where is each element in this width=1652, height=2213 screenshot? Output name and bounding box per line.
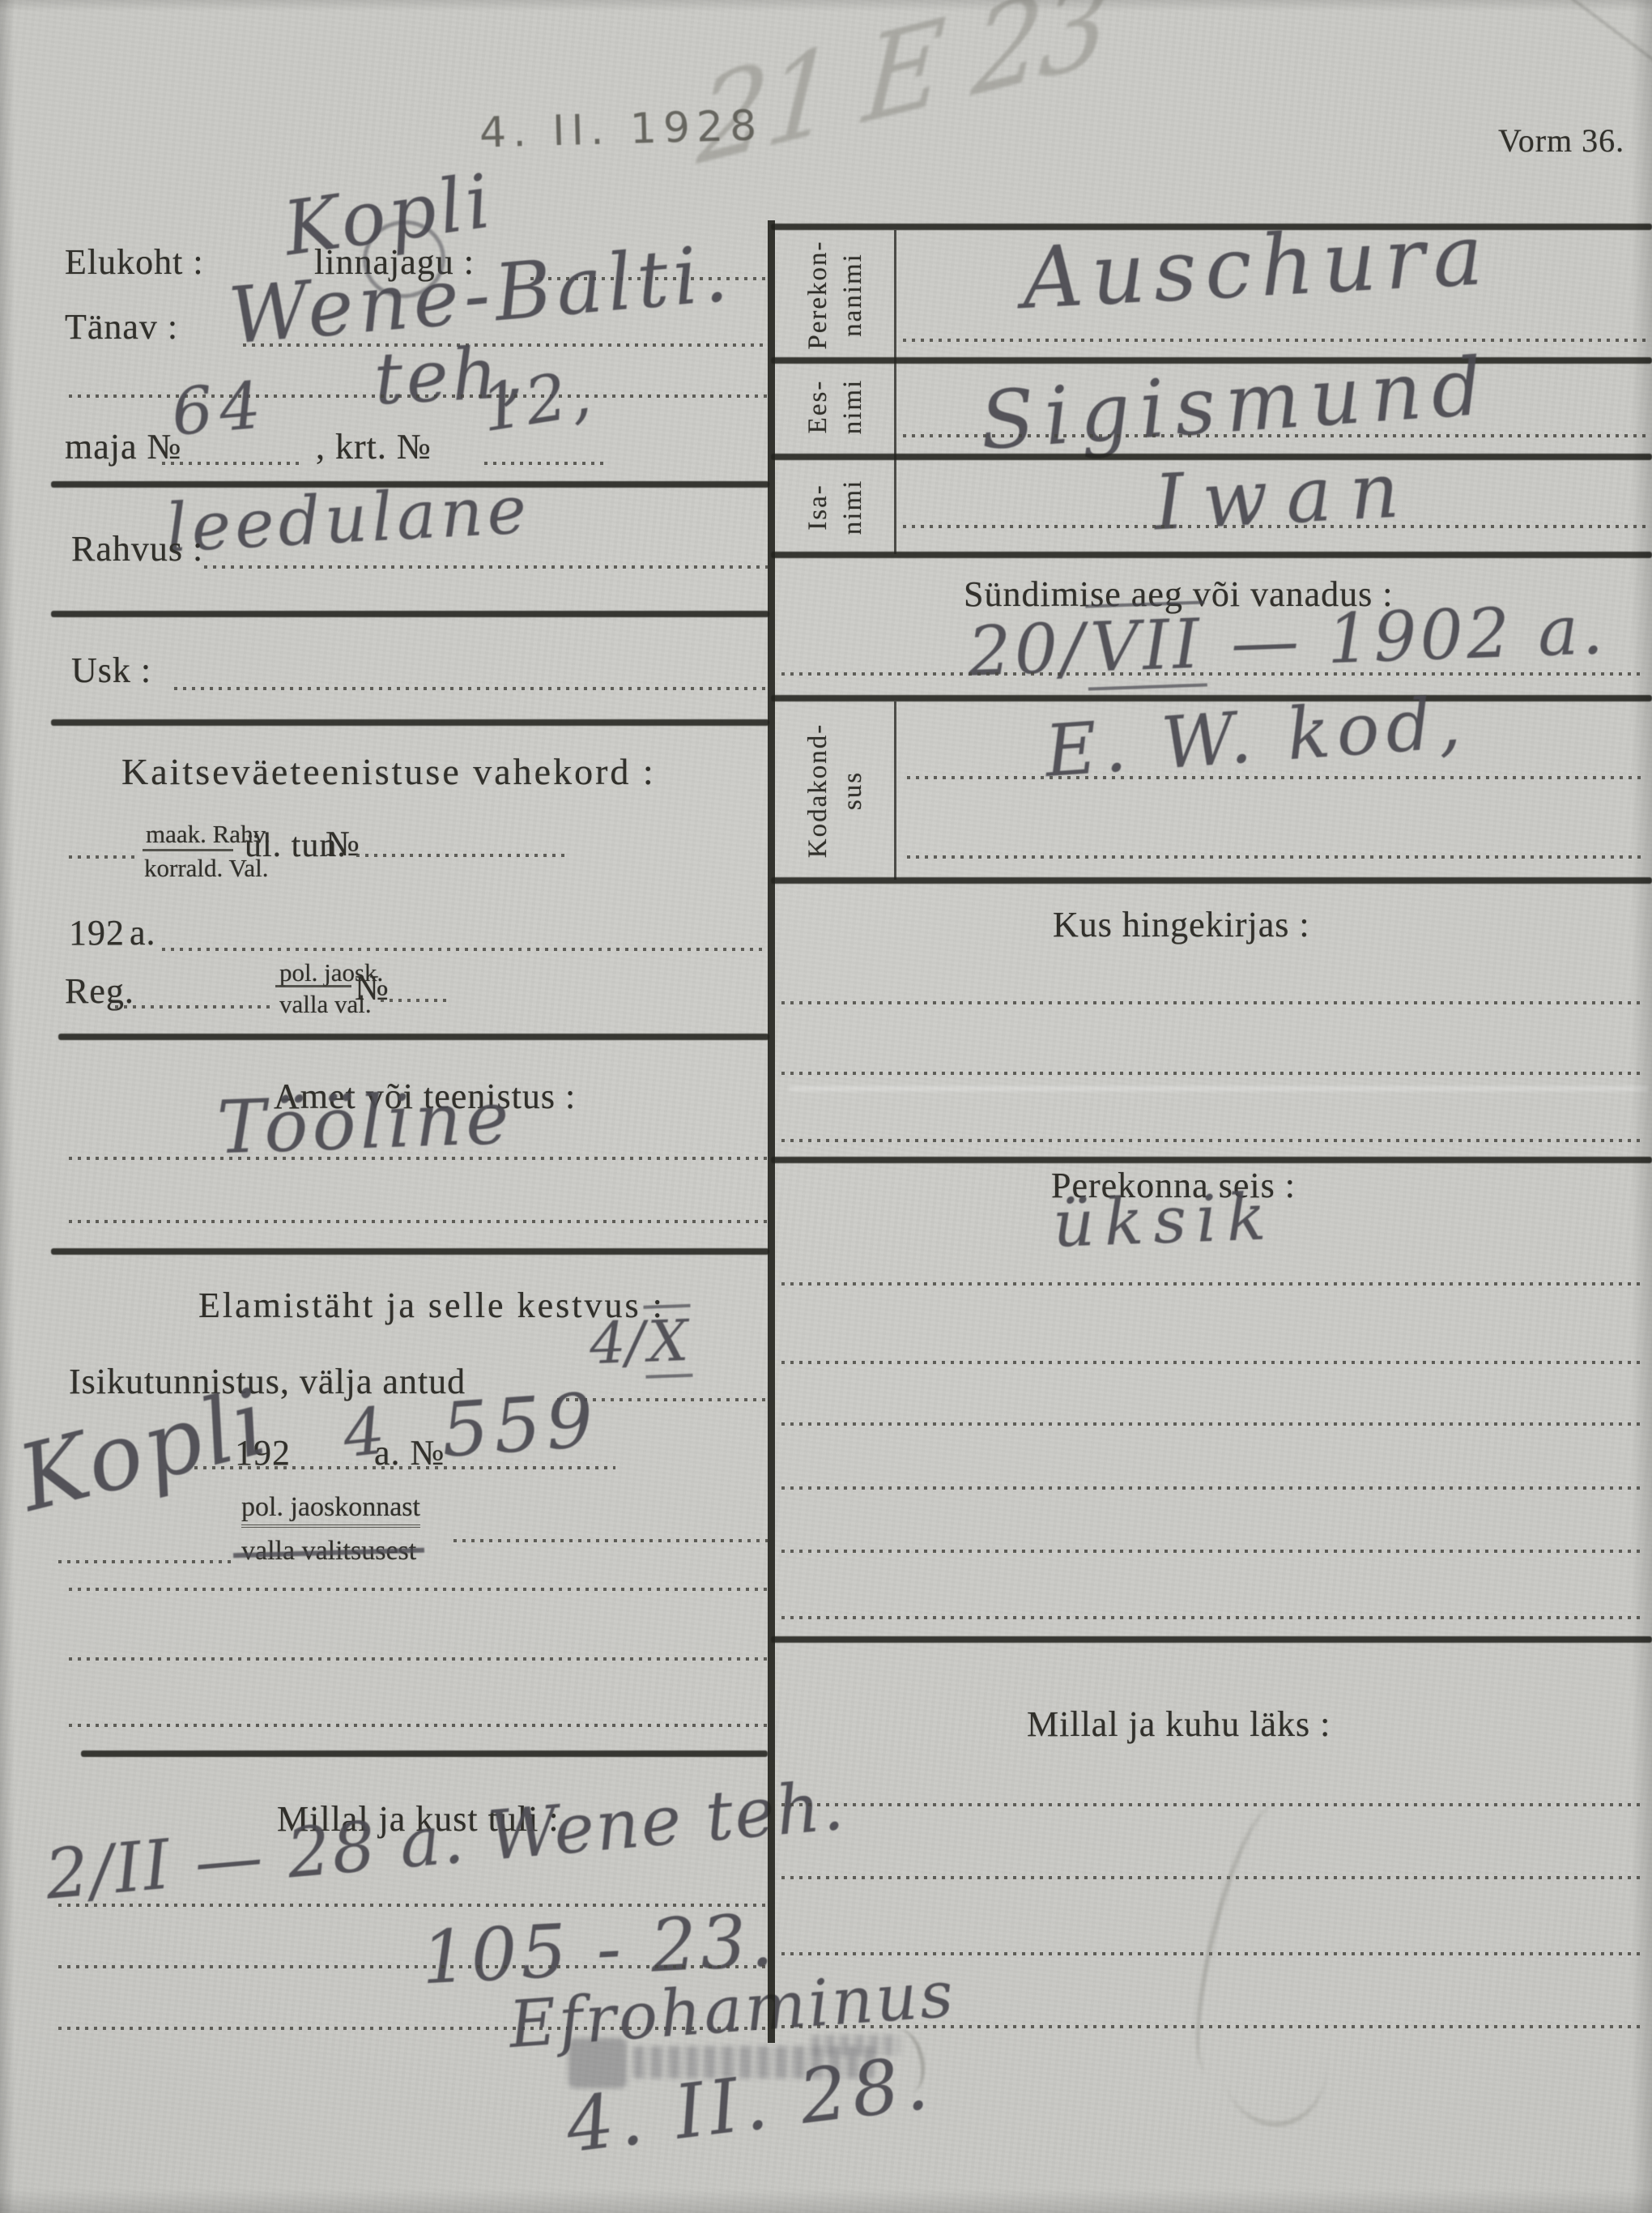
dotted-line bbox=[781, 1486, 1646, 1490]
valla-valitsusest-label: valla valitsusest bbox=[241, 1536, 416, 1567]
eesnimi-label-line1: Ees- bbox=[801, 380, 836, 434]
isiku-number-handwritten: 559 bbox=[439, 1376, 602, 1473]
elukoht-label: Elukoht : bbox=[65, 241, 204, 283]
laks-heading: Millal ja kuhu läks : bbox=[1027, 1703, 1331, 1745]
kaitse-heading: Kaitseväeteenistuse vahekord : bbox=[121, 750, 656, 793]
tanav-label: Tänav : bbox=[65, 306, 178, 348]
isanimi-label-line2: nimi bbox=[836, 480, 871, 535]
perekonnanimi-label-line1: Perekon- bbox=[801, 240, 836, 349]
dotted-line bbox=[781, 1361, 1646, 1364]
page-edge-shadow bbox=[0, 0, 15, 2213]
dotted-line bbox=[69, 1724, 768, 1727]
dotted-line bbox=[115, 1005, 271, 1008]
label-strip-divider bbox=[894, 701, 896, 880]
section-rule bbox=[51, 1248, 769, 1255]
fraction-bar bbox=[143, 849, 233, 851]
hingekirjas-heading: Kus hingekirjas : bbox=[1053, 904, 1310, 945]
dotted-line bbox=[58, 1560, 232, 1563]
section-rule bbox=[771, 552, 1652, 558]
dotted-line bbox=[69, 1220, 768, 1223]
section-rule bbox=[81, 1750, 768, 1757]
fraction-bar bbox=[275, 985, 351, 987]
dotted-line bbox=[69, 1588, 768, 1591]
section-rule bbox=[51, 719, 769, 726]
dotted-line bbox=[69, 1157, 768, 1160]
page-edge-shadow bbox=[1631, 0, 1652, 2213]
isiku-date-num: 4/ bbox=[589, 1309, 646, 1377]
sund-suffix: — 1902 a. bbox=[1205, 590, 1608, 683]
isanimi-label-line1: Isa- bbox=[801, 484, 836, 530]
paper-crease bbox=[790, 1087, 1648, 1090]
maja-value-handwritten: 64 bbox=[168, 367, 270, 450]
pol-jaoskonnast-label: pol. jaoskonnast bbox=[241, 1492, 420, 1528]
dotted-line bbox=[903, 434, 1646, 437]
dotted-line bbox=[69, 1657, 768, 1661]
dotted-line bbox=[381, 999, 447, 1002]
dotted-line bbox=[781, 1422, 1646, 1426]
dotted-line bbox=[907, 776, 1646, 779]
eesnimi-label: Ees- nimi bbox=[777, 365, 894, 449]
dotted-line bbox=[781, 672, 1646, 676]
label-strip-divider bbox=[894, 230, 896, 554]
numero-sign: № bbox=[355, 967, 390, 1008]
form-number: Vorm 36. bbox=[1498, 122, 1624, 160]
perekonnanimi-label: Perekon- nanimi bbox=[777, 232, 894, 358]
dotted-line bbox=[781, 1001, 1646, 1004]
dotted-line bbox=[453, 1539, 768, 1542]
kodakondsus-label: Kodakond- sus bbox=[777, 703, 894, 878]
valla-valitsusest-struck: valla valitsusest bbox=[241, 1536, 416, 1567]
dotted-line bbox=[58, 1965, 768, 1968]
dotted-line bbox=[204, 565, 768, 569]
isanimi-value-handwritten: Iwan bbox=[1152, 446, 1419, 548]
dotted-line bbox=[781, 1803, 1646, 1806]
a-label: a. bbox=[130, 912, 156, 953]
page-edge-shadow bbox=[0, 0, 1652, 11]
page-edge-shadow bbox=[0, 2189, 1652, 2213]
rahvus-label: Rahvus : bbox=[71, 528, 203, 569]
dotted-line bbox=[781, 1876, 1646, 1879]
section-rule bbox=[771, 1636, 1652, 1643]
isiku-date-roman: X bbox=[644, 1304, 693, 1379]
sund-roman: VII bbox=[1085, 601, 1207, 691]
isiku-label: Isikutunnistus, välja antud bbox=[69, 1361, 466, 1402]
date-stamp: 4. II. 1928 bbox=[479, 101, 764, 157]
dotted-line bbox=[781, 1616, 1646, 1619]
section-rule bbox=[771, 877, 1652, 884]
kodakondsus-label-line1: Kodakond- bbox=[801, 723, 836, 858]
isanimi-label: Isa- nimi bbox=[777, 463, 894, 551]
dotted-line bbox=[903, 525, 1646, 528]
dotted-line bbox=[781, 1282, 1646, 1286]
dotted-line bbox=[484, 462, 606, 465]
year-192-label: 192 bbox=[69, 912, 125, 953]
dotted-line bbox=[162, 948, 768, 951]
dotted-line bbox=[781, 1550, 1646, 1553]
kodakondsus-label-line2: sus bbox=[836, 771, 871, 810]
dotted-line bbox=[69, 855, 140, 859]
section-rule bbox=[771, 1157, 1652, 1163]
perekonnanimi-label-line2: nanimi bbox=[836, 253, 871, 337]
dotted-line bbox=[781, 1139, 1646, 1142]
numero-sign: № bbox=[326, 823, 360, 864]
column-divider bbox=[768, 220, 775, 2043]
dotted-line bbox=[162, 462, 301, 465]
dotted-line bbox=[174, 687, 768, 690]
isiku-date-handwritten: 4/X bbox=[589, 1307, 693, 1377]
section-rule bbox=[51, 611, 769, 617]
sund-prefix: 20/ bbox=[967, 608, 1089, 692]
dotted-line bbox=[907, 855, 1646, 859]
dotted-line bbox=[903, 339, 1646, 342]
dotted-line bbox=[356, 854, 567, 857]
seis-value-handwritten: üksik bbox=[1051, 1179, 1276, 1262]
dotted-line bbox=[781, 1072, 1646, 1075]
section-rule bbox=[58, 1034, 769, 1040]
eesnimi-label-line2: nimi bbox=[836, 379, 871, 435]
krt-label: , krt. № bbox=[316, 426, 432, 467]
usk-label: Usk : bbox=[71, 650, 151, 691]
